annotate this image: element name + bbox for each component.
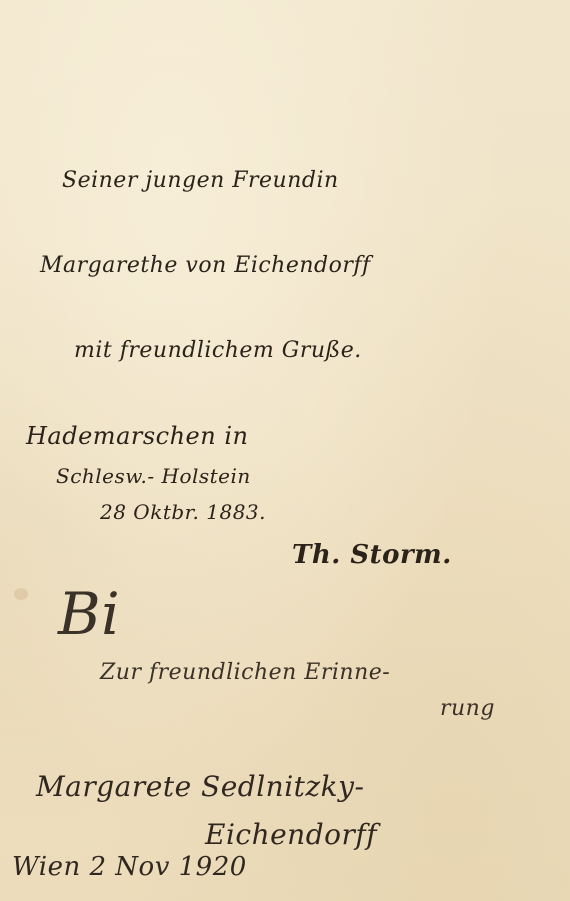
flourish-prefix: Bi	[58, 580, 120, 648]
dedication-line-1: Seiner jungen Freundin	[62, 168, 339, 193]
signature-storm: Th. Storm.	[292, 540, 452, 570]
signature-line-2: Eichendorff	[205, 818, 377, 851]
paper-stain	[14, 588, 28, 600]
remembrance-line-2: rung	[440, 696, 495, 721]
document-page: Seiner jungen Freundin Margarethe von Ei…	[0, 0, 570, 901]
place-line-1: Hademarschen in	[26, 422, 248, 450]
date-1883: 28 Oktbr. 1883.	[100, 500, 266, 524]
dedication-line-2: Margarethe von Eichendorff	[40, 253, 371, 278]
place-line-2: Schlesw.- Holstein	[56, 464, 251, 488]
dedication-line-3: mit freundlichem Gruße.	[74, 338, 362, 363]
remembrance-line-1: Zur freundlichen Erinne-	[100, 660, 390, 685]
place-date-1920: Wien 2 Nov 1920	[12, 852, 247, 882]
signature-line-1: Margarete Sedlnitzky-	[36, 770, 364, 803]
